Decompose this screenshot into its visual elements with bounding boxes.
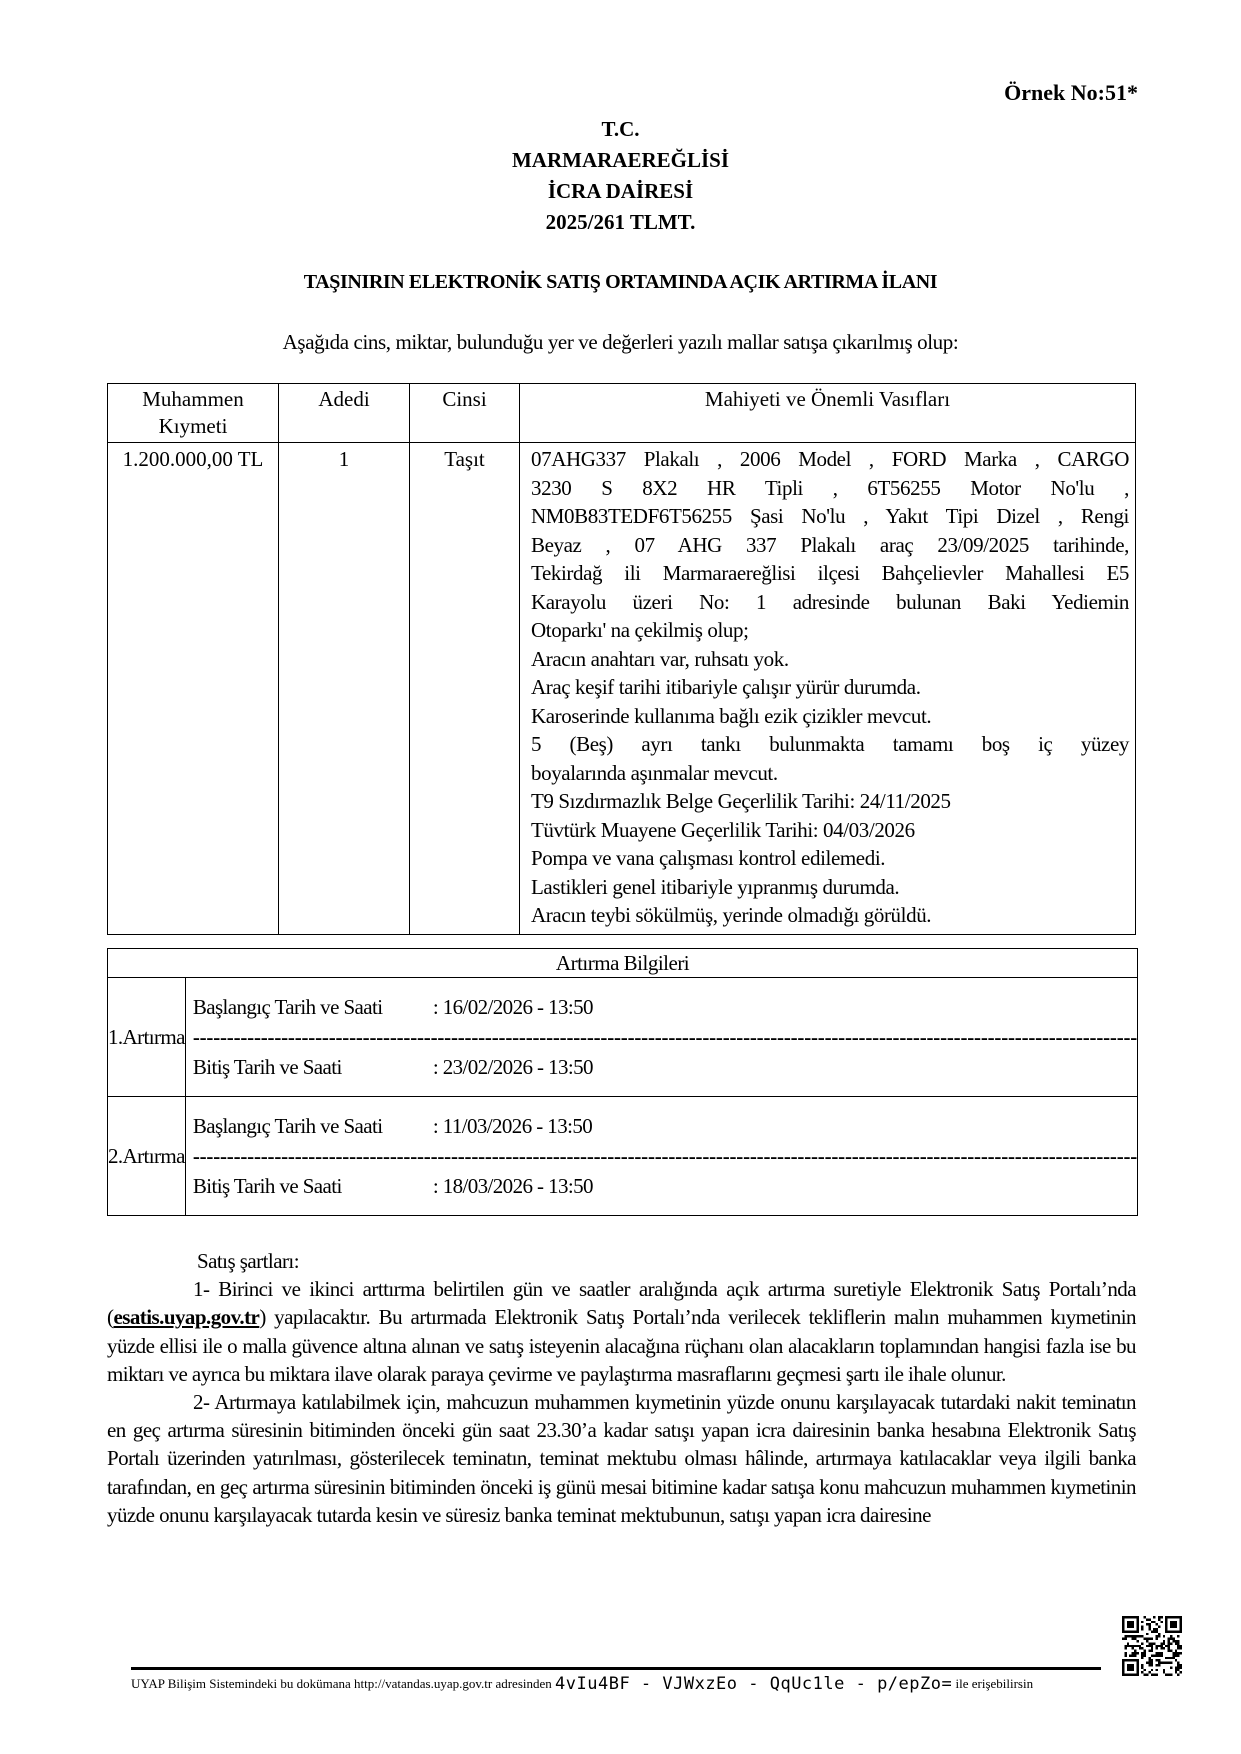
description-line: Tekirdağ ili Marmaraereğlisi ilçesi Bahç… bbox=[531, 559, 1129, 588]
intro-text: Aşağıda cins, miktar, bulunduğu yer ve d… bbox=[0, 330, 1241, 355]
document-title: TAŞINIRIN ELEKTRONİK SATIŞ ORTAMINDA AÇI… bbox=[0, 271, 1241, 294]
start-datetime: Başlangıç Tarih ve Saati: 11/03/2026 - 1… bbox=[193, 1111, 1137, 1141]
estimated-value: 1.200.000,00 TL bbox=[108, 443, 279, 935]
description-line: Araç keşif tarihi itibariyle çalışır yür… bbox=[531, 673, 1129, 702]
header-estimated-value: Muhammen Kıymeti bbox=[108, 384, 279, 443]
end-datetime: Bitiş Tarih ve Saati: 23/02/2026 - 13:50 bbox=[193, 1052, 1137, 1082]
round-label: 1.Artırma bbox=[108, 978, 186, 1097]
header-line: İCRA DAİRESİ bbox=[0, 176, 1241, 207]
description-line: Aracın anahtarı var, ruhsatı yok. bbox=[531, 645, 1129, 674]
condition-2: 2- Artırmaya katılabilmek için, mahcuzun… bbox=[107, 1388, 1136, 1529]
header-quantity: Adedi bbox=[279, 384, 410, 443]
auction-round: 1.Artırma Başlangıç Tarih ve Saati: 16/0… bbox=[108, 978, 1138, 1097]
start-datetime: Başlangıç Tarih ve Saati: 16/02/2026 - 1… bbox=[193, 992, 1137, 1022]
description-line: Aracın teybi sökülmüş, yerinde olmadığı … bbox=[531, 901, 1129, 930]
sale-conditions: Satış şartları: 1- Birinci ve ikinci art… bbox=[107, 1247, 1136, 1529]
round-label: 2.Artırma bbox=[108, 1097, 186, 1216]
footer-text: UYAP Bilişim Sistemindeki bu dokümana ht… bbox=[131, 1676, 552, 1691]
description-line: Lastikleri genel itibariyle yıpranmış du… bbox=[531, 873, 1129, 902]
header-line: T.C. bbox=[0, 114, 1241, 145]
auction-table: Artırma Bilgileri 1.Artırma Başlangıç Ta… bbox=[107, 948, 1138, 1216]
description-line: 07AHG337 Plakalı , 2006 Model , FORD Mar… bbox=[531, 445, 1129, 474]
condition-1: 1- Birinci ve ikinci arttırma belirtilen… bbox=[107, 1275, 1136, 1388]
footer: UYAP Bilişim Sistemindeki bu dokümana ht… bbox=[131, 1674, 1033, 1694]
description-line: Tüvtürk Muayene Geçerlilik Tarihi: 04/03… bbox=[531, 816, 1129, 845]
round-info: Başlangıç Tarih ve Saati: 16/02/2026 - 1… bbox=[185, 978, 1137, 1097]
description-line: 3230 S 8X2 HR Tipli , 6T56255 Motor No'l… bbox=[531, 474, 1129, 503]
round-info: Başlangıç Tarih ve Saati: 11/03/2026 - 1… bbox=[185, 1097, 1137, 1216]
header-description: Mahiyeti ve Önemli Vasıfları bbox=[520, 384, 1136, 443]
footer-divider bbox=[131, 1667, 1101, 1670]
items-table-header: Muhammen Kıymeti Adedi Cinsi Mahiyeti ve… bbox=[108, 384, 1136, 443]
header-line: 2025/261 TLMT. bbox=[0, 207, 1241, 238]
quantity: 1 bbox=[279, 443, 410, 935]
footer-text-end: ile erişebilirsin bbox=[955, 1676, 1033, 1691]
description-line: Beyaz , 07 AHG 337 Plakalı araç 23/09/20… bbox=[531, 531, 1129, 560]
court-header: T.C. MARMARAEREĞLİSİ İCRA DAİRESİ 2025/2… bbox=[0, 114, 1241, 238]
description-line: Pompa ve vana çalışması kontrol edilemed… bbox=[531, 844, 1129, 873]
auction-table-title: Artırma Bilgileri bbox=[108, 949, 1138, 978]
separator: ----------------------------------------… bbox=[193, 1141, 1137, 1171]
verification-code: 4vIu4BF - VJWxzEo - QqUc1le - p/epZo= bbox=[555, 1674, 952, 1694]
description-line: Karoserinde kullanıma bağlı ezik çizikle… bbox=[531, 702, 1129, 731]
item-type: Taşıt bbox=[410, 443, 520, 935]
separator: ----------------------------------------… bbox=[193, 1022, 1137, 1052]
item-description: 07AHG337 Plakalı , 2006 Model , FORD Mar… bbox=[520, 443, 1136, 935]
description-line: Karayolu üzeri No: 1 adresinde bulunan B… bbox=[531, 588, 1129, 617]
description-line: T9 Sızdırmazlık Belge Geçerlilik Tarihi:… bbox=[531, 787, 1129, 816]
esatis-link[interactable]: esatis.uyap.gov.tr bbox=[113, 1305, 259, 1329]
end-datetime: Bitiş Tarih ve Saati: 18/03/2026 - 13:50 bbox=[193, 1171, 1137, 1201]
header-line: MARMARAEREĞLİSİ bbox=[0, 145, 1241, 176]
description-line: Otoparkı' na çekilmiş olup; bbox=[531, 616, 1129, 645]
description-line: boyalarında aşınmalar mevcut. bbox=[531, 759, 1129, 788]
auction-round: 2.Artırma Başlangıç Tarih ve Saati: 11/0… bbox=[108, 1097, 1138, 1216]
description-line: 5 (Beş) ayrı tankı bulunmakta tamamı boş… bbox=[531, 730, 1129, 759]
header-type: Cinsi bbox=[410, 384, 520, 443]
description-line: NM0B83TEDF6T56255 Şasi No'lu , Yakıt Tip… bbox=[531, 502, 1129, 531]
qr-code-icon bbox=[1122, 1616, 1182, 1676]
items-table: Muhammen Kıymeti Adedi Cinsi Mahiyeti ve… bbox=[107, 383, 1136, 935]
sample-number: Örnek No:51* bbox=[1004, 80, 1138, 106]
table-row: 1.200.000,00 TL 1 Taşıt 07AHG337 Plakalı… bbox=[108, 443, 1136, 935]
conditions-heading: Satış şartları: bbox=[107, 1247, 1136, 1275]
